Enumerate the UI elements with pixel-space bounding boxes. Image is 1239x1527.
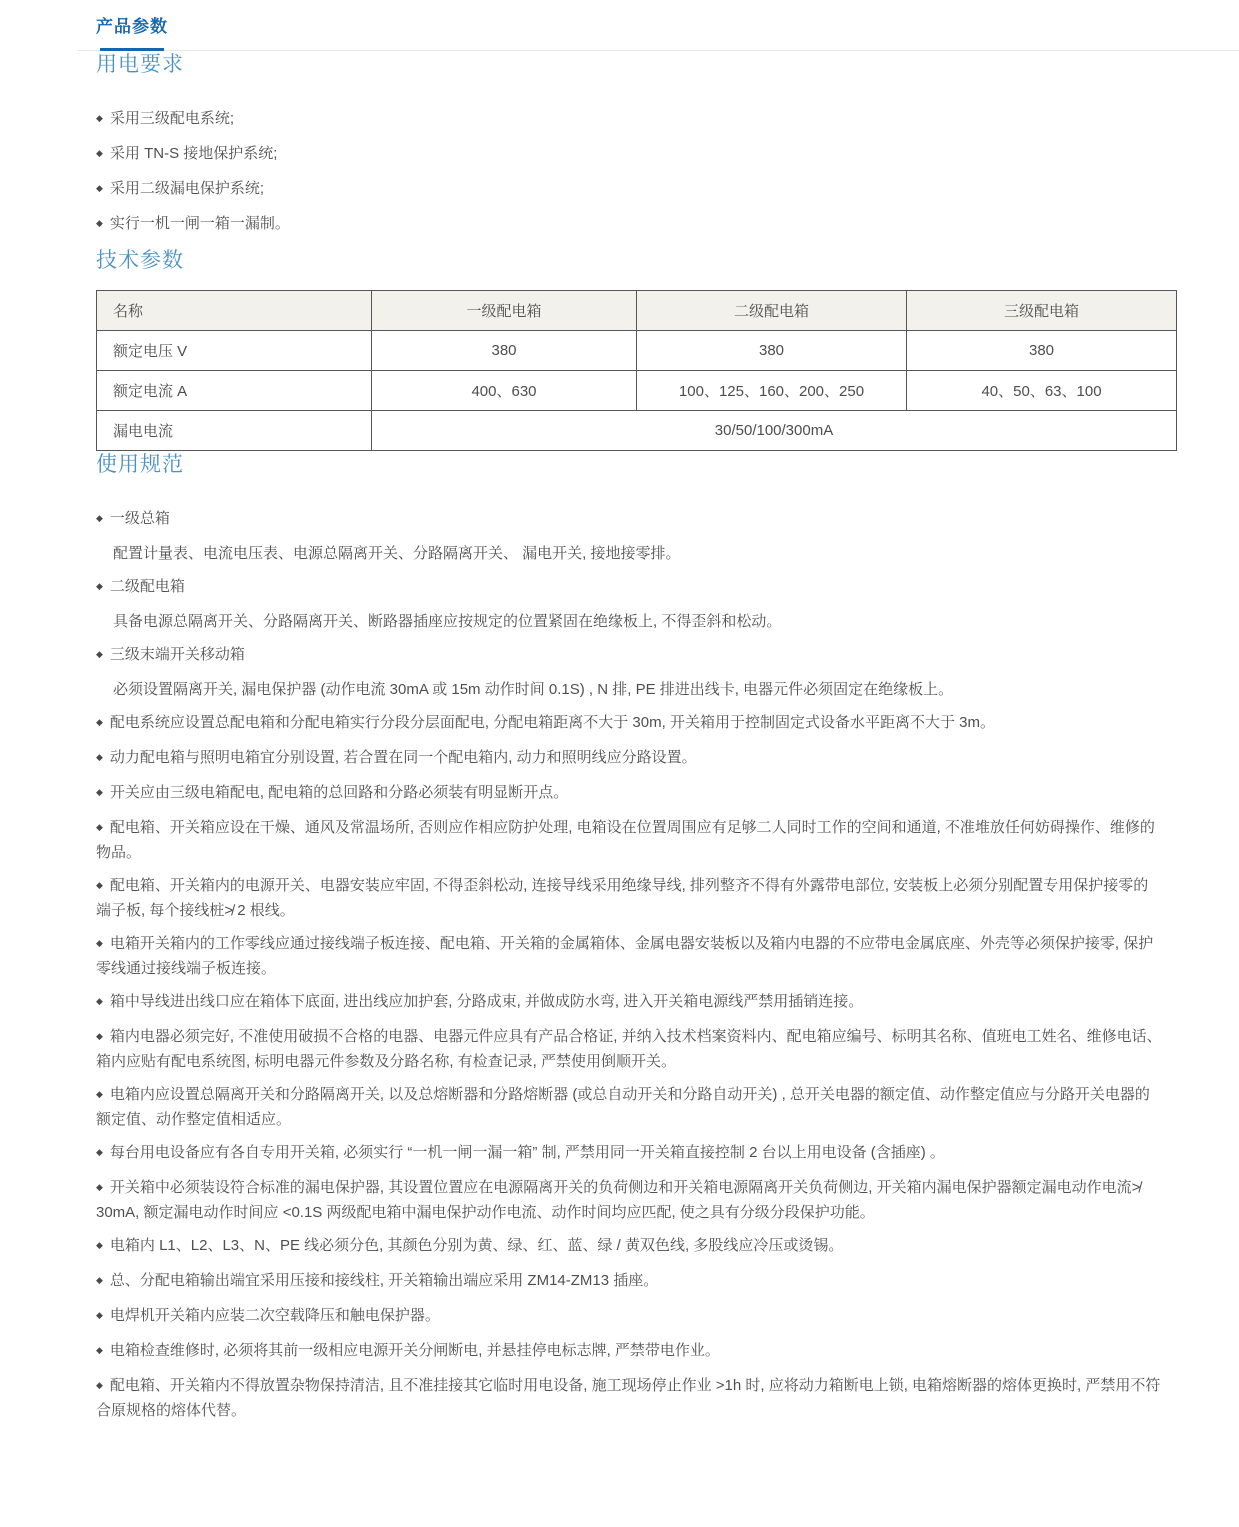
usage-item-text: 箱内电器必须完好, 不准使用破损不合格的电器、电器元件应具有产品合格证, 并纳入… (96, 1028, 1162, 1070)
row-label: 额定电压 V (97, 331, 372, 371)
usage-item-text: 箱中导线进出线口应在箱体下底面, 进出线应加护套, 分路成束, 并做成防水弯, … (110, 993, 863, 1010)
diamond-bullet-icon: ◆ (96, 752, 103, 762)
requirement-item: ◆采用三级配电系统; (96, 107, 1162, 132)
requirement-item: ◆实行一机一闸一箱一漏制。 (96, 212, 1162, 237)
usage-item-line: ◆总、分配电箱输出端宜采用压接和接线柱, 开关箱输出端应采用 ZM14-ZM13… (96, 1269, 1162, 1294)
cell-value: 380 (372, 331, 637, 371)
diamond-bullet-icon: ◆ (96, 1240, 103, 1250)
usage-item-text: 配电箱、开关箱应设在干燥、通风及常温场所, 否则应作相应防护处理, 电箱设在位置… (96, 819, 1155, 861)
tech-parameters-table: 名称 一级配电箱 二级配电箱 三级配电箱 额定电压 V 380 380 380 … (96, 290, 1177, 451)
usage-item: ◆动力配电箱与照明电箱宜分别设置, 若合置在同一个配电箱内, 动力和照明线应分路… (96, 746, 1162, 771)
usage-section-title: 使用规范 (96, 451, 1162, 479)
usage-item-text: 配电箱、开关箱内的电源开关、电器安装应牢固, 不得歪斜松动, 连接导线采用绝缘导… (96, 877, 1148, 919)
diamond-bullet-icon: ◆ (96, 148, 103, 158)
usage-item-line: ◆每台用电设备应有各自专用开关箱, 必须实行 “一机一闸一漏一箱” 制, 严禁用… (96, 1141, 1162, 1166)
usage-item-line: ◆配电箱、开关箱内不得放置杂物保持清洁, 且不准挂接其它临时用电设备, 施工现场… (96, 1374, 1162, 1422)
usage-item: ◆电焊机开关箱内应装二次空载降压和触电保护器。 (96, 1304, 1162, 1329)
usage-item-text: 开关箱中必须装设符合标准的漏电保护器, 其设置位置应在电源隔离开关的负荷侧边和开… (96, 1179, 1140, 1221)
usage-item: ◆箱中导线进出线口应在箱体下底面, 进出线应加护套, 分路成束, 并做成防水弯,… (96, 990, 1162, 1015)
table-row: 漏电电流 30/50/100/300mA (97, 411, 1177, 451)
usage-item-line: ◆配电系统应设置总配电箱和分配电箱实行分段分层面配电, 分配电箱距离不大于 30… (96, 711, 1162, 736)
usage-item-line: ◆电箱内 L1、L2、L3、N、PE 线必须分色, 其颜色分别为黄、绿、红、蓝、… (96, 1234, 1162, 1259)
table-header-name: 名称 (97, 291, 372, 331)
usage-item: ◆电箱开关箱内的工作零线应通过接线端子板连接、配电箱、开关箱的金属箱体、金属电器… (96, 932, 1162, 980)
usage-item: ◆箱内电器必须完好, 不准使用破损不合格的电器、电器元件应具有产品合格证, 并纳… (96, 1025, 1162, 1073)
usage-item-line: ◆三级末端开关移动箱 (96, 643, 1162, 668)
table-header-level1: 一级配电箱 (372, 291, 637, 331)
cell-value: 40、50、63、100 (907, 371, 1177, 411)
usage-item-text: 电箱检查维修时, 必须将其前一级相应电源开关分闸断电, 并悬挂停电标志牌, 严禁… (110, 1342, 720, 1359)
usage-item: ◆开关箱中必须装设符合标准的漏电保护器, 其设置位置应在电源隔离开关的负荷侧边和… (96, 1176, 1162, 1224)
requirement-item-text: 采用三级配电系统; (110, 110, 234, 127)
usage-item-text: 电箱内 L1、L2、L3、N、PE 线必须分色, 其颜色分别为黄、绿、红、蓝、绿… (110, 1237, 843, 1254)
usage-item-text: 一级总箱 (110, 510, 170, 527)
requirement-item-text: 采用 TN-S 接地保护系统; (110, 145, 278, 162)
usage-item: ◆每台用电设备应有各自专用开关箱, 必须实行 “一机一闸一漏一箱” 制, 严禁用… (96, 1141, 1162, 1166)
diamond-bullet-icon: ◆ (96, 717, 103, 727)
cell-merged-value: 30/50/100/300mA (372, 411, 1177, 451)
diamond-bullet-icon: ◆ (96, 938, 103, 948)
table-row: 额定电流 A 400、630 100、125、160、200、250 40、50… (97, 371, 1177, 411)
diamond-bullet-icon: ◆ (96, 649, 103, 659)
diamond-bullet-icon: ◆ (96, 513, 103, 523)
usage-item-text: 开关应由三级电箱配电, 配电箱的总回路和分路必须装有明显断开点。 (110, 784, 568, 801)
cell-value: 380 (907, 331, 1177, 371)
usage-item-text: 每台用电设备应有各自专用开关箱, 必须实行 “一机一闸一漏一箱” 制, 严禁用同… (110, 1144, 945, 1161)
diamond-bullet-icon: ◆ (96, 822, 103, 832)
usage-item-line: ◆配电箱、开关箱应设在干燥、通风及常温场所, 否则应作相应防护处理, 电箱设在位… (96, 816, 1162, 864)
requirement-item: ◆采用二级漏电保护系统; (96, 177, 1162, 202)
usage-item-line: ◆二级配电箱 (96, 575, 1162, 600)
usage-item-line: ◆电焊机开关箱内应装二次空载降压和触电保护器。 (96, 1304, 1162, 1329)
usage-spec-list: ◆一级总箱 配置计量表、电流电压表、电源总隔离开关、分路隔离开关、 漏电开关, … (96, 507, 1162, 1422)
diamond-bullet-icon: ◆ (96, 1345, 103, 1355)
usage-item-text: 动力配电箱与照明电箱宜分别设置, 若合置在同一个配电箱内, 动力和照明线应分路设… (110, 749, 697, 766)
usage-item: ◆总、分配电箱输出端宜采用压接和接线柱, 开关箱输出端应采用 ZM14-ZM13… (96, 1269, 1162, 1294)
cell-value: 400、630 (372, 371, 637, 411)
diamond-bullet-icon: ◆ (96, 183, 103, 193)
usage-item-line: ◆配电箱、开关箱内的电源开关、电器安装应牢固, 不得歪斜松动, 连接导线采用绝缘… (96, 874, 1162, 922)
usage-item-text: 三级末端开关移动箱 (110, 646, 245, 663)
usage-item: ◆配电箱、开关箱内的电源开关、电器安装应牢固, 不得歪斜松动, 连接导线采用绝缘… (96, 874, 1162, 922)
usage-item-detail: 具备电源总隔离开关、分路隔离开关、断路器插座应按规定的位置紧固在绝缘板上, 不得… (96, 610, 1162, 633)
cell-value: 100、125、160、200、250 (637, 371, 907, 411)
diamond-bullet-icon: ◆ (96, 218, 103, 228)
usage-item-line: ◆一级总箱 (96, 507, 1162, 532)
page-content: 用电要求 ◆采用三级配电系统; ◆采用 TN-S 接地保护系统; ◆采用二级漏电… (0, 51, 1239, 1472)
diamond-bullet-icon: ◆ (96, 581, 103, 591)
usage-item: ◆开关应由三级电箱配电, 配电箱的总回路和分路必须装有明显断开点。 (96, 781, 1162, 806)
usage-item-line: ◆开关箱中必须装设符合标准的漏电保护器, 其设置位置应在电源隔离开关的负荷侧边和… (96, 1176, 1162, 1224)
tech-section-title: 技术参数 (96, 247, 1162, 275)
usage-item-text: 总、分配电箱输出端宜采用压接和接线柱, 开关箱输出端应采用 ZM14-ZM13 … (110, 1272, 658, 1289)
usage-item: ◆配电箱、开关箱应设在干燥、通风及常温场所, 否则应作相应防护处理, 电箱设在位… (96, 816, 1162, 864)
table-header-level2: 二级配电箱 (637, 291, 907, 331)
table-header-row: 名称 一级配电箱 二级配电箱 三级配电箱 (97, 291, 1177, 331)
usage-item: ◆电箱内应设置总隔离开关和分路隔离开关, 以及总熔断器和分路熔断器 (或总自动开… (96, 1083, 1162, 1131)
usage-item: ◆电箱内 L1、L2、L3、N、PE 线必须分色, 其颜色分别为黄、绿、红、蓝、… (96, 1234, 1162, 1259)
active-tab-underline (100, 48, 164, 51)
diamond-bullet-icon: ◆ (96, 996, 103, 1006)
requirements-list: ◆采用三级配电系统; ◆采用 TN-S 接地保护系统; ◆采用二级漏电保护系统;… (96, 107, 1162, 237)
requirement-item-text: 实行一机一闸一箱一漏制。 (110, 215, 290, 232)
usage-item-line: ◆开关应由三级电箱配电, 配电箱的总回路和分路必须装有明显断开点。 (96, 781, 1162, 806)
diamond-bullet-icon: ◆ (96, 1182, 103, 1192)
usage-item-text: 配电系统应设置总配电箱和分配电箱实行分段分层面配电, 分配电箱距离不大于 30m… (110, 714, 995, 731)
usage-item: ◆一级总箱 配置计量表、电流电压表、电源总隔离开关、分路隔离开关、 漏电开关, … (96, 507, 1162, 565)
tab-bar-divider (77, 50, 1239, 51)
diamond-bullet-icon: ◆ (96, 1380, 103, 1390)
usage-item: ◆电箱检查维修时, 必须将其前一级相应电源开关分闸断电, 并悬挂停电标志牌, 严… (96, 1339, 1162, 1364)
requirements-section-title: 用电要求 (96, 51, 1162, 79)
diamond-bullet-icon: ◆ (96, 1147, 103, 1157)
diamond-bullet-icon: ◆ (96, 1275, 103, 1285)
diamond-bullet-icon: ◆ (96, 1089, 103, 1099)
usage-item-line: ◆箱内电器必须完好, 不准使用破损不合格的电器、电器元件应具有产品合格证, 并纳… (96, 1025, 1162, 1073)
usage-item-line: ◆电箱开关箱内的工作零线应通过接线端子板连接、配电箱、开关箱的金属箱体、金属电器… (96, 932, 1162, 980)
usage-item-text: 二级配电箱 (110, 578, 185, 595)
usage-item-text: 电箱内应设置总隔离开关和分路隔离开关, 以及总熔断器和分路熔断器 (或总自动开关… (96, 1086, 1150, 1128)
usage-item: ◆配电系统应设置总配电箱和分配电箱实行分段分层面配电, 分配电箱距离不大于 30… (96, 711, 1162, 736)
usage-item-detail: 必须设置隔离开关, 漏电保护器 (动作电流 30mA 或 15m 动作时间 0.… (96, 678, 1162, 701)
tab-bar: 产品参数 (0, 0, 1239, 51)
row-label: 漏电电流 (97, 411, 372, 451)
usage-item-text: 电箱开关箱内的工作零线应通过接线端子板连接、配电箱、开关箱的金属箱体、金属电器安… (96, 935, 1153, 977)
requirement-item: ◆采用 TN-S 接地保护系统; (96, 142, 1162, 167)
usage-item-line: ◆电箱内应设置总隔离开关和分路隔离开关, 以及总熔断器和分路熔断器 (或总自动开… (96, 1083, 1162, 1131)
usage-item-line: ◆电箱检查维修时, 必须将其前一级相应电源开关分闸断电, 并悬挂停电标志牌, 严… (96, 1339, 1162, 1364)
tab-product-parameters[interactable]: 产品参数 (96, 12, 168, 37)
cell-value: 380 (637, 331, 907, 371)
usage-item-line: ◆箱中导线进出线口应在箱体下底面, 进出线应加护套, 分路成束, 并做成防水弯,… (96, 990, 1162, 1015)
table-header-level3: 三级配电箱 (907, 291, 1177, 331)
diamond-bullet-icon: ◆ (96, 787, 103, 797)
usage-item-text: 配电箱、开关箱内不得放置杂物保持清洁, 且不准挂接其它临时用电设备, 施工现场停… (96, 1377, 1160, 1419)
table-row: 额定电压 V 380 380 380 (97, 331, 1177, 371)
usage-item: ◆二级配电箱 具备电源总隔离开关、分路隔离开关、断路器插座应按规定的位置紧固在绝… (96, 575, 1162, 633)
row-label: 额定电流 A (97, 371, 372, 411)
requirement-item-text: 采用二级漏电保护系统; (110, 180, 264, 197)
diamond-bullet-icon: ◆ (96, 880, 103, 890)
usage-item: ◆配电箱、开关箱内不得放置杂物保持清洁, 且不准挂接其它临时用电设备, 施工现场… (96, 1374, 1162, 1422)
diamond-bullet-icon: ◆ (96, 1310, 103, 1320)
usage-item-detail: 配置计量表、电流电压表、电源总隔离开关、分路隔离开关、 漏电开关, 接地接零排。 (96, 542, 1162, 565)
diamond-bullet-icon: ◆ (96, 113, 103, 123)
usage-item: ◆三级末端开关移动箱 必须设置隔离开关, 漏电保护器 (动作电流 30mA 或 … (96, 643, 1162, 701)
diamond-bullet-icon: ◆ (96, 1031, 103, 1041)
usage-item-line: ◆动力配电箱与照明电箱宜分别设置, 若合置在同一个配电箱内, 动力和照明线应分路… (96, 746, 1162, 771)
usage-item-text: 电焊机开关箱内应装二次空载降压和触电保护器。 (110, 1307, 440, 1324)
